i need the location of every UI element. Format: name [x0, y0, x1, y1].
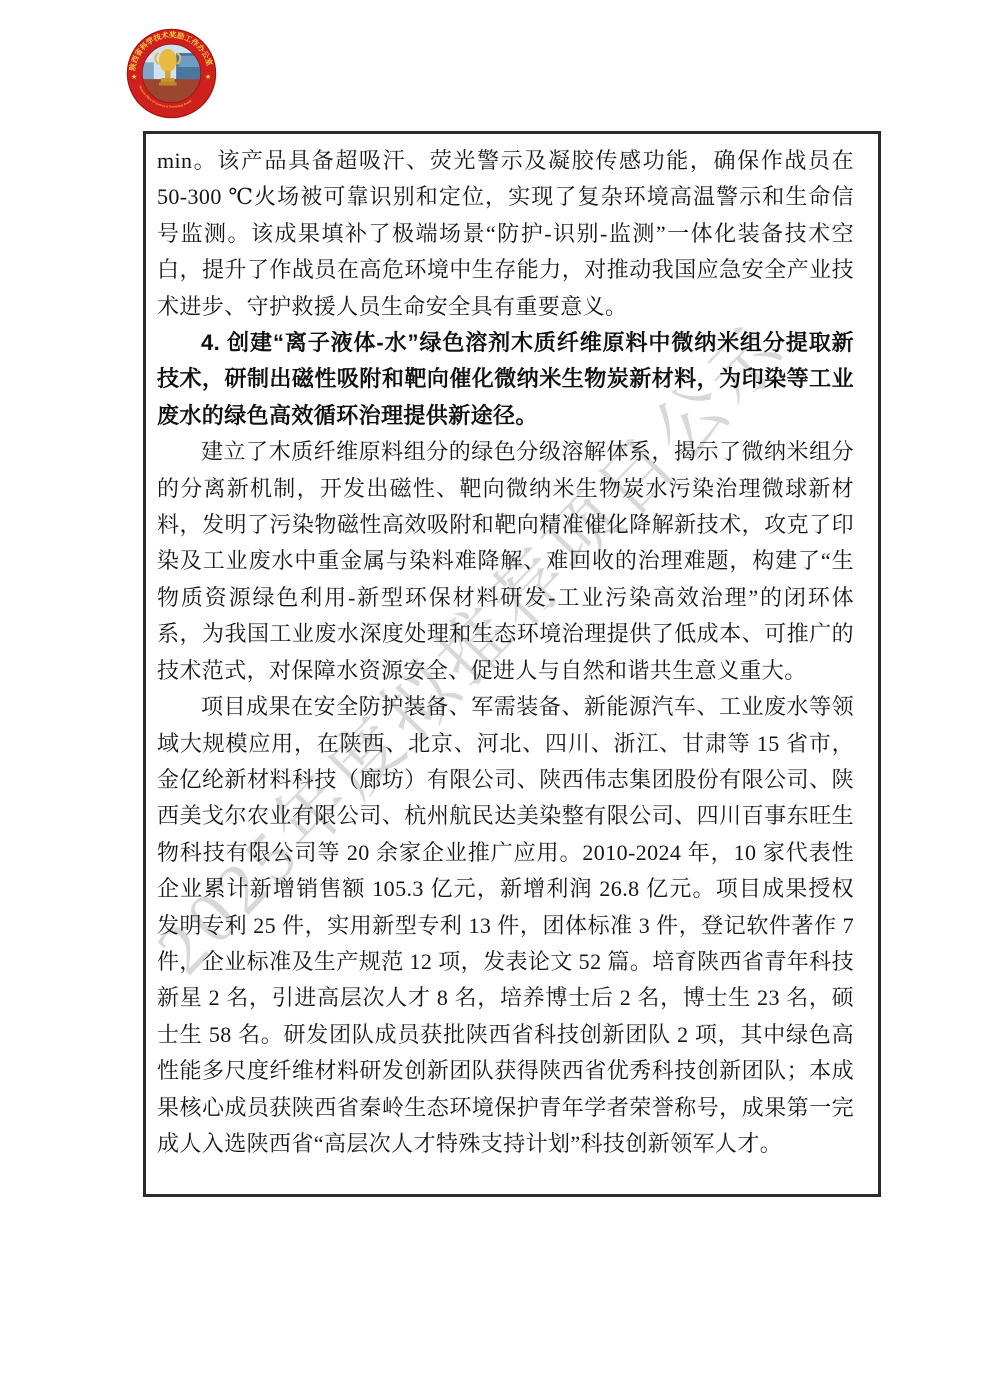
paragraph-application-results: 项目成果在安全防护装备、军需装备、新能源汽车、工业废水等领域大规模应用，在陕西、… [157, 689, 854, 1162]
seal-graphic: 陕西省科学技术奖励工作办公室 Shaanxi Office Of Science… [125, 27, 218, 120]
star-icon: ★ [205, 73, 211, 81]
paragraph-technical-detail: 建立了木质纤维原料组分的绿色分级溶解体系，揭示了微纳米组分的分离新机制，开发出磁… [157, 434, 854, 689]
award-office-seal: 陕西省科学技术奖励工作办公室 Shaanxi Office Of Science… [125, 27, 218, 120]
star-icon: ★ [131, 73, 137, 81]
document-page: { "page": { "width_px": 990, "height_px"… [0, 0, 990, 1399]
paragraph-heading-item4: 4. 创建“离子液体-水”绿色溶剂木质纤维原料中微纳米组分提取新技术，研制出磁性… [157, 325, 854, 434]
content-border-box: min。该产品具备超吸汗、荧光警示及凝胶传感功能，确保作战员在 50-300 ℃… [143, 131, 881, 1197]
paragraph-product-summary: min。该产品具备超吸汗、荧光警示及凝胶传感功能，确保作战员在 50-300 ℃… [157, 143, 854, 325]
